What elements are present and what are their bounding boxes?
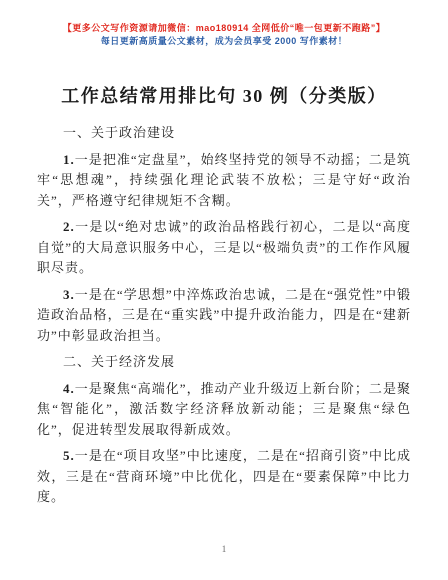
paragraph: 2.一是以“绝对忠诚”的政治品格践行初心，二是以“高度自觉”的大局意识服务中心，… bbox=[37, 217, 411, 279]
paragraph: 5.一是在“项目攻坚”中比速度，二是在“招商引资”中比成效，三是在“营商环境”中… bbox=[37, 446, 411, 508]
paragraph-number: 2. bbox=[63, 219, 75, 234]
paragraph-number: 4. bbox=[63, 381, 75, 396]
document-body: 一、关于政治建设 1.一是把准“定盘星”，始终坚持党的领导不动摇；二是筑牢“思想… bbox=[37, 123, 411, 508]
paragraph-text: 一是聚焦“高端化”，推动产业升级迈上新台阶；二是聚焦“智能化”，激活数字经济释放… bbox=[37, 381, 411, 437]
paragraph-number: 1. bbox=[63, 152, 75, 167]
paragraph: 3.一是在“学思想”中淬炼政治忠诚，二是在“强党性”中锻造政治品格，三是在“重实… bbox=[37, 285, 411, 347]
promo-line-red: 【更多公文写作资源请加微信：mao180914 全网低价“唯一包更新不跑路”】 bbox=[0, 22, 448, 35]
document-page: 【更多公文写作资源请加微信：mao180914 全网低价“唯一包更新不跑路”】 … bbox=[0, 0, 448, 580]
section-heading-economy: 二、关于经济发展 bbox=[37, 352, 411, 373]
promo-line-blue: 每日更新高质量公文素材，成为会员享受 2000 写作素材！ bbox=[0, 35, 448, 48]
paragraph-number: 3. bbox=[63, 287, 75, 302]
promo-header: 【更多公文写作资源请加微信：mao180914 全网低价“唯一包更新不跑路”】 … bbox=[0, 0, 448, 48]
paragraph-text: 一是把准“定盘星”，始终坚持党的领导不动摇；二是筑牢“思想魂”，持续强化理论武装… bbox=[37, 152, 411, 208]
paragraph-text: 一是在“项目攻坚”中比速度，二是在“招商引资”中比成效，三是在“营商环境”中比优… bbox=[37, 448, 411, 504]
document-title: 工作总结常用排比句 30 例（分类版） bbox=[0, 82, 448, 108]
paragraph-text: 一是以“绝对忠诚”的政治品格践行初心，二是以“高度自觉”的大局意识服务中心，三是… bbox=[37, 219, 411, 275]
page-number: 1 bbox=[0, 544, 448, 554]
paragraph-number: 5. bbox=[63, 448, 75, 463]
paragraph: 4.一是聚焦“高端化”，推动产业升级迈上新台阶；二是聚焦“智能化”，激活数字经济… bbox=[37, 379, 411, 441]
paragraph-text: 一是在“学思想”中淬炼政治忠诚，二是在“强党性”中锻造政治品格，三是在“重实践”… bbox=[37, 287, 411, 343]
section-heading-politics: 一、关于政治建设 bbox=[37, 123, 411, 144]
paragraph: 1.一是把准“定盘星”，始终坚持党的领导不动摇；二是筑牢“思想魂”，持续强化理论… bbox=[37, 150, 411, 212]
